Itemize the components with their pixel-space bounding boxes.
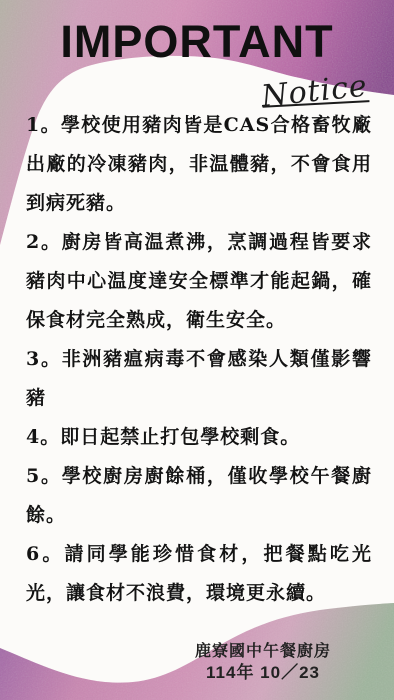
notice-item-2: 2。廚房皆高温煮沸，烹調過程皆要求豬肉中心温度達安全標準才能起鍋，確保食材完全熟… xyxy=(26,223,372,340)
notice-item-6: 6。請同學能珍惜食材，把餐點吃光光，讓食材不浪費，環境更永續。 xyxy=(26,535,372,613)
poster-subtitle-notice: Notice xyxy=(260,69,369,111)
footer-date: 114年 10／23 xyxy=(148,662,378,684)
notice-item-4: 4。即日起禁止打包學校剩食。 xyxy=(26,418,372,457)
notice-list: 1。學校使用豬肉皆是CAS合格畜牧廠出廠的冷凍豬肉，非温體豬，不會食用到病死豬。… xyxy=(26,106,372,613)
notice-item-1: 1。學校使用豬肉皆是CAS合格畜牧廠出廠的冷凍豬肉，非温體豬，不會食用到病死豬。 xyxy=(26,106,372,223)
notice-item-3: 3。非洲豬瘟病毒不會感染人類僅影響豬 xyxy=(26,340,372,418)
notice-item-5: 5。學校廚房廚餘桶，僅收學校午餐廚餘。 xyxy=(26,457,372,535)
footer-kitchen-name: 鹿寮國中午餐廚房 xyxy=(148,641,378,662)
poster-title: IMPORTANT xyxy=(0,16,394,68)
important-notice-poster: IMPORTANT Notice 1。學校使用豬肉皆是CAS合格畜牧廠出廠的冷凍… xyxy=(0,0,394,700)
poster-footer: 鹿寮國中午餐廚房 114年 10／23 xyxy=(148,641,378,684)
